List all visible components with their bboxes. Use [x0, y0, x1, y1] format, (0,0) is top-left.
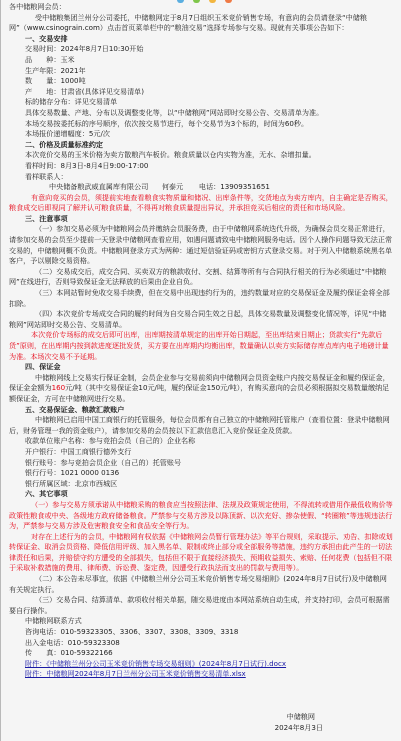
field-value: 北京市西城区: [75, 479, 118, 488]
field-origin: 产 地：甘肃省(具体详见交易清单): [9, 87, 393, 98]
field-value: 010-59323305、3306、3307、3308、3309、3318: [60, 627, 238, 636]
section1-title: 一、交易安排: [9, 34, 393, 45]
field-variety: 品 种：玉米: [9, 55, 393, 66]
contact-label: 看样联系人：: [9, 172, 393, 183]
section3-item: （四）本次竞价专场成交合同的履约时间为自交易合同生效之日起，具体交易数量及调整变…: [9, 309, 393, 330]
section4-title: 四、保证金: [9, 362, 393, 373]
section3-item: （一）参加交易必须为中储粮网会员并缴纳会员服务费，由于中储粮网系统迭代升级，为确…: [9, 224, 393, 266]
field-label: 咨询电话：: [25, 627, 60, 636]
section1-note: 具体交易数量、产地、分布以及调整变化等，以“中储粮网”网站即时交易公告、交易清单…: [9, 108, 393, 119]
signature-org: 中储粮网: [9, 712, 393, 723]
section6-item: （二）本公告未尽事宜，依据《中储粮兰州分公司玉米竞价销售专场交易细则》(2024…: [9, 574, 393, 595]
contacts-title: 中储粮网联系方式: [9, 616, 393, 627]
field-value: 010-59323308: [68, 638, 120, 647]
field-label: 出入金电话：: [25, 638, 68, 647]
field-value: 参与竞拍会员（自己的）企业名称: [89, 436, 195, 445]
contact-company: 中央储备粮武威直属库有限公司: [49, 182, 148, 191]
field-value: 1000吨: [60, 76, 85, 85]
contact-consult: 咨询电话：010-59323305、3306、3307、3308、3309、33…: [9, 627, 393, 638]
field-trade-time: 交易时间：2024年8月7日10:30开始: [9, 44, 393, 55]
field-value: 2021年: [60, 66, 85, 75]
contact-person: 何泰元: [162, 182, 183, 191]
field-label: 产 地：: [25, 87, 60, 96]
deposit-text: 元/吨（其中交易保证金10元/吨，履约保证金150元/吨），有购买意向的会员必须…: [9, 383, 389, 403]
section2-text: 本次竞价交易的玉米价格为卖方散粮汽车板价。粮食质量以仓内实物为准，无水、杂增扣量…: [9, 150, 393, 161]
contact-fax: 传 真：010-59322166: [9, 648, 393, 659]
field-value: 010-59322166: [60, 648, 112, 657]
section3-item: （二）交易成交后，成交合同、买卖双方的粮款收付、交割、结算等所有与合同执行相关的…: [9, 267, 393, 288]
contact-funds: 出入金电话：010-59323308: [9, 638, 393, 649]
bank-region: 银行所属区域：北京市西城区: [9, 479, 393, 490]
section1-note: 本场报价递增幅度：5元/次: [9, 129, 393, 140]
spacer: [9, 680, 393, 712]
field-label: 开户银行：: [25, 447, 60, 456]
attachment-rules-link[interactable]: 附件：《中储粮兰州分公司玉米竞价销售专场交易细则》(2024年8月7日试行).d…: [9, 659, 393, 670]
section3-item: （三）本网站暂时免收交易手续费，但在交易中出现违约行为的，违约数量对应的交易保证…: [9, 288, 393, 309]
section3-title: 三、注意事项: [9, 214, 393, 225]
signature-date: 2024年8月3日: [9, 723, 393, 734]
intro-paragraph: 受中储粮集团兰州分公司委托，中储粮网定于8月7日组织玉米竞价销售专场，有意向的会…: [9, 13, 393, 34]
field-label: 数 量：: [25, 76, 60, 85]
field-value: 参与竞拍会员企业（自己的）托管账号: [60, 458, 181, 467]
section6-red-item: 对存在上述行为的会员，中储粮网有权依据《中储粮网会员暂行管理办法》等平台规则，采…: [9, 532, 393, 574]
account-name: 收款单位账户名称：参与竞拍会员（自己的）企业名称: [9, 436, 393, 447]
field-label: 银行账号：: [25, 458, 60, 467]
section5-title: 五、交易保证金、粮款汇款账户: [9, 405, 393, 416]
bank-code: 银行行号：1021 0000 0136: [9, 468, 393, 479]
section6-red-item: （一）参与交易方须承诺从中储粮采购的粮食应当按照法律、法规及政策规定使用，不得流…: [9, 500, 393, 532]
section2-title: 二、价格及质量标准约定: [9, 140, 393, 151]
section2-warning: 有意向竞买的会员，须提前实地查看粮食实物质量和储况、出库条件等，交货地点为卖方库…: [9, 193, 393, 214]
section1-note: 本场交易按委托标的序号顺序，依次按交易节进行，每个交易节为3个标的，时间为60秒…: [9, 119, 393, 130]
section3-warning: 本次竞价专场标的成交后即可出库，出库期按清单规定的出库开始日期起，至出库结束日期…: [9, 330, 393, 362]
attachment-list-link[interactable]: 附件：中储粮网2024年8月7日兰州分公司玉米竞价销售交易清单.xlsx: [9, 669, 393, 680]
greeting: 各中储粮网会员：: [9, 2, 393, 13]
field-value: 甘肃省(具体详见交易清单): [60, 87, 144, 96]
field-value: 详见交易清单: [75, 97, 118, 106]
viewing-time: 看样时间：8月3日-8月4日9:00-17:00: [9, 161, 393, 172]
field-label: 标的储存分布：: [25, 97, 75, 106]
section6-item: （三）交易合同、结算清单、款项收付相关单据，随交易进度由本网站系统自动生成，并支…: [9, 595, 393, 616]
field-label: 品 种：: [25, 55, 60, 64]
contact-line: 中央储备粮武威直属库有限公司 何泰元 电话：13909351651: [9, 182, 393, 193]
contact-phone: 电话：13909351651: [199, 182, 270, 191]
left-border: [0, 0, 1, 741]
field-label: 银行行号：: [25, 468, 60, 477]
deposit-amount: 160: [52, 383, 66, 392]
announcement-document: 各中储粮网会员： 受中储粮集团兰州分公司委托，中储粮网定于8月7日组织玉米竞价销…: [9, 2, 393, 733]
field-quantity: 数 量：1000吨: [9, 76, 393, 87]
field-value: 中国工商银行德外支行: [60, 447, 131, 456]
field-value: 玉米: [60, 55, 74, 64]
section5-text: 中储粮网已启用中国工商银行的托管服务，每位会员都有自己独立的中储粮网托管账户（查…: [9, 415, 393, 436]
field-label: 交易时间：: [25, 44, 60, 53]
field-label: 银行所属区域：: [25, 479, 75, 488]
field-value: 8月3日-8月4日9:00-17:00: [60, 161, 148, 170]
field-label: 收款单位账户名称：: [25, 436, 89, 445]
field-label: 传 真：: [25, 648, 60, 657]
field-label: 看样时间：: [25, 161, 60, 170]
section6-title: 六、其它事项: [9, 489, 393, 500]
field-production-year: 生产年限：2021年: [9, 66, 393, 77]
field-value: 2024年8月7日10:30开始: [60, 44, 143, 53]
field-storage: 标的储存分布：详见交易清单: [9, 97, 393, 108]
section4-text: 中储粮网线上交易实行保证金制，会员企业参与交易前须向中储粮网会员资金账户内按交易…: [9, 373, 393, 405]
field-label: 生产年限：: [25, 66, 60, 75]
bank-account: 银行账号：参与竞拍会员企业（自己的）托管账号: [9, 458, 393, 469]
bank-name: 开户银行：中国工商银行德外支行: [9, 447, 393, 458]
field-value: 1021 0000 0136: [60, 468, 119, 477]
